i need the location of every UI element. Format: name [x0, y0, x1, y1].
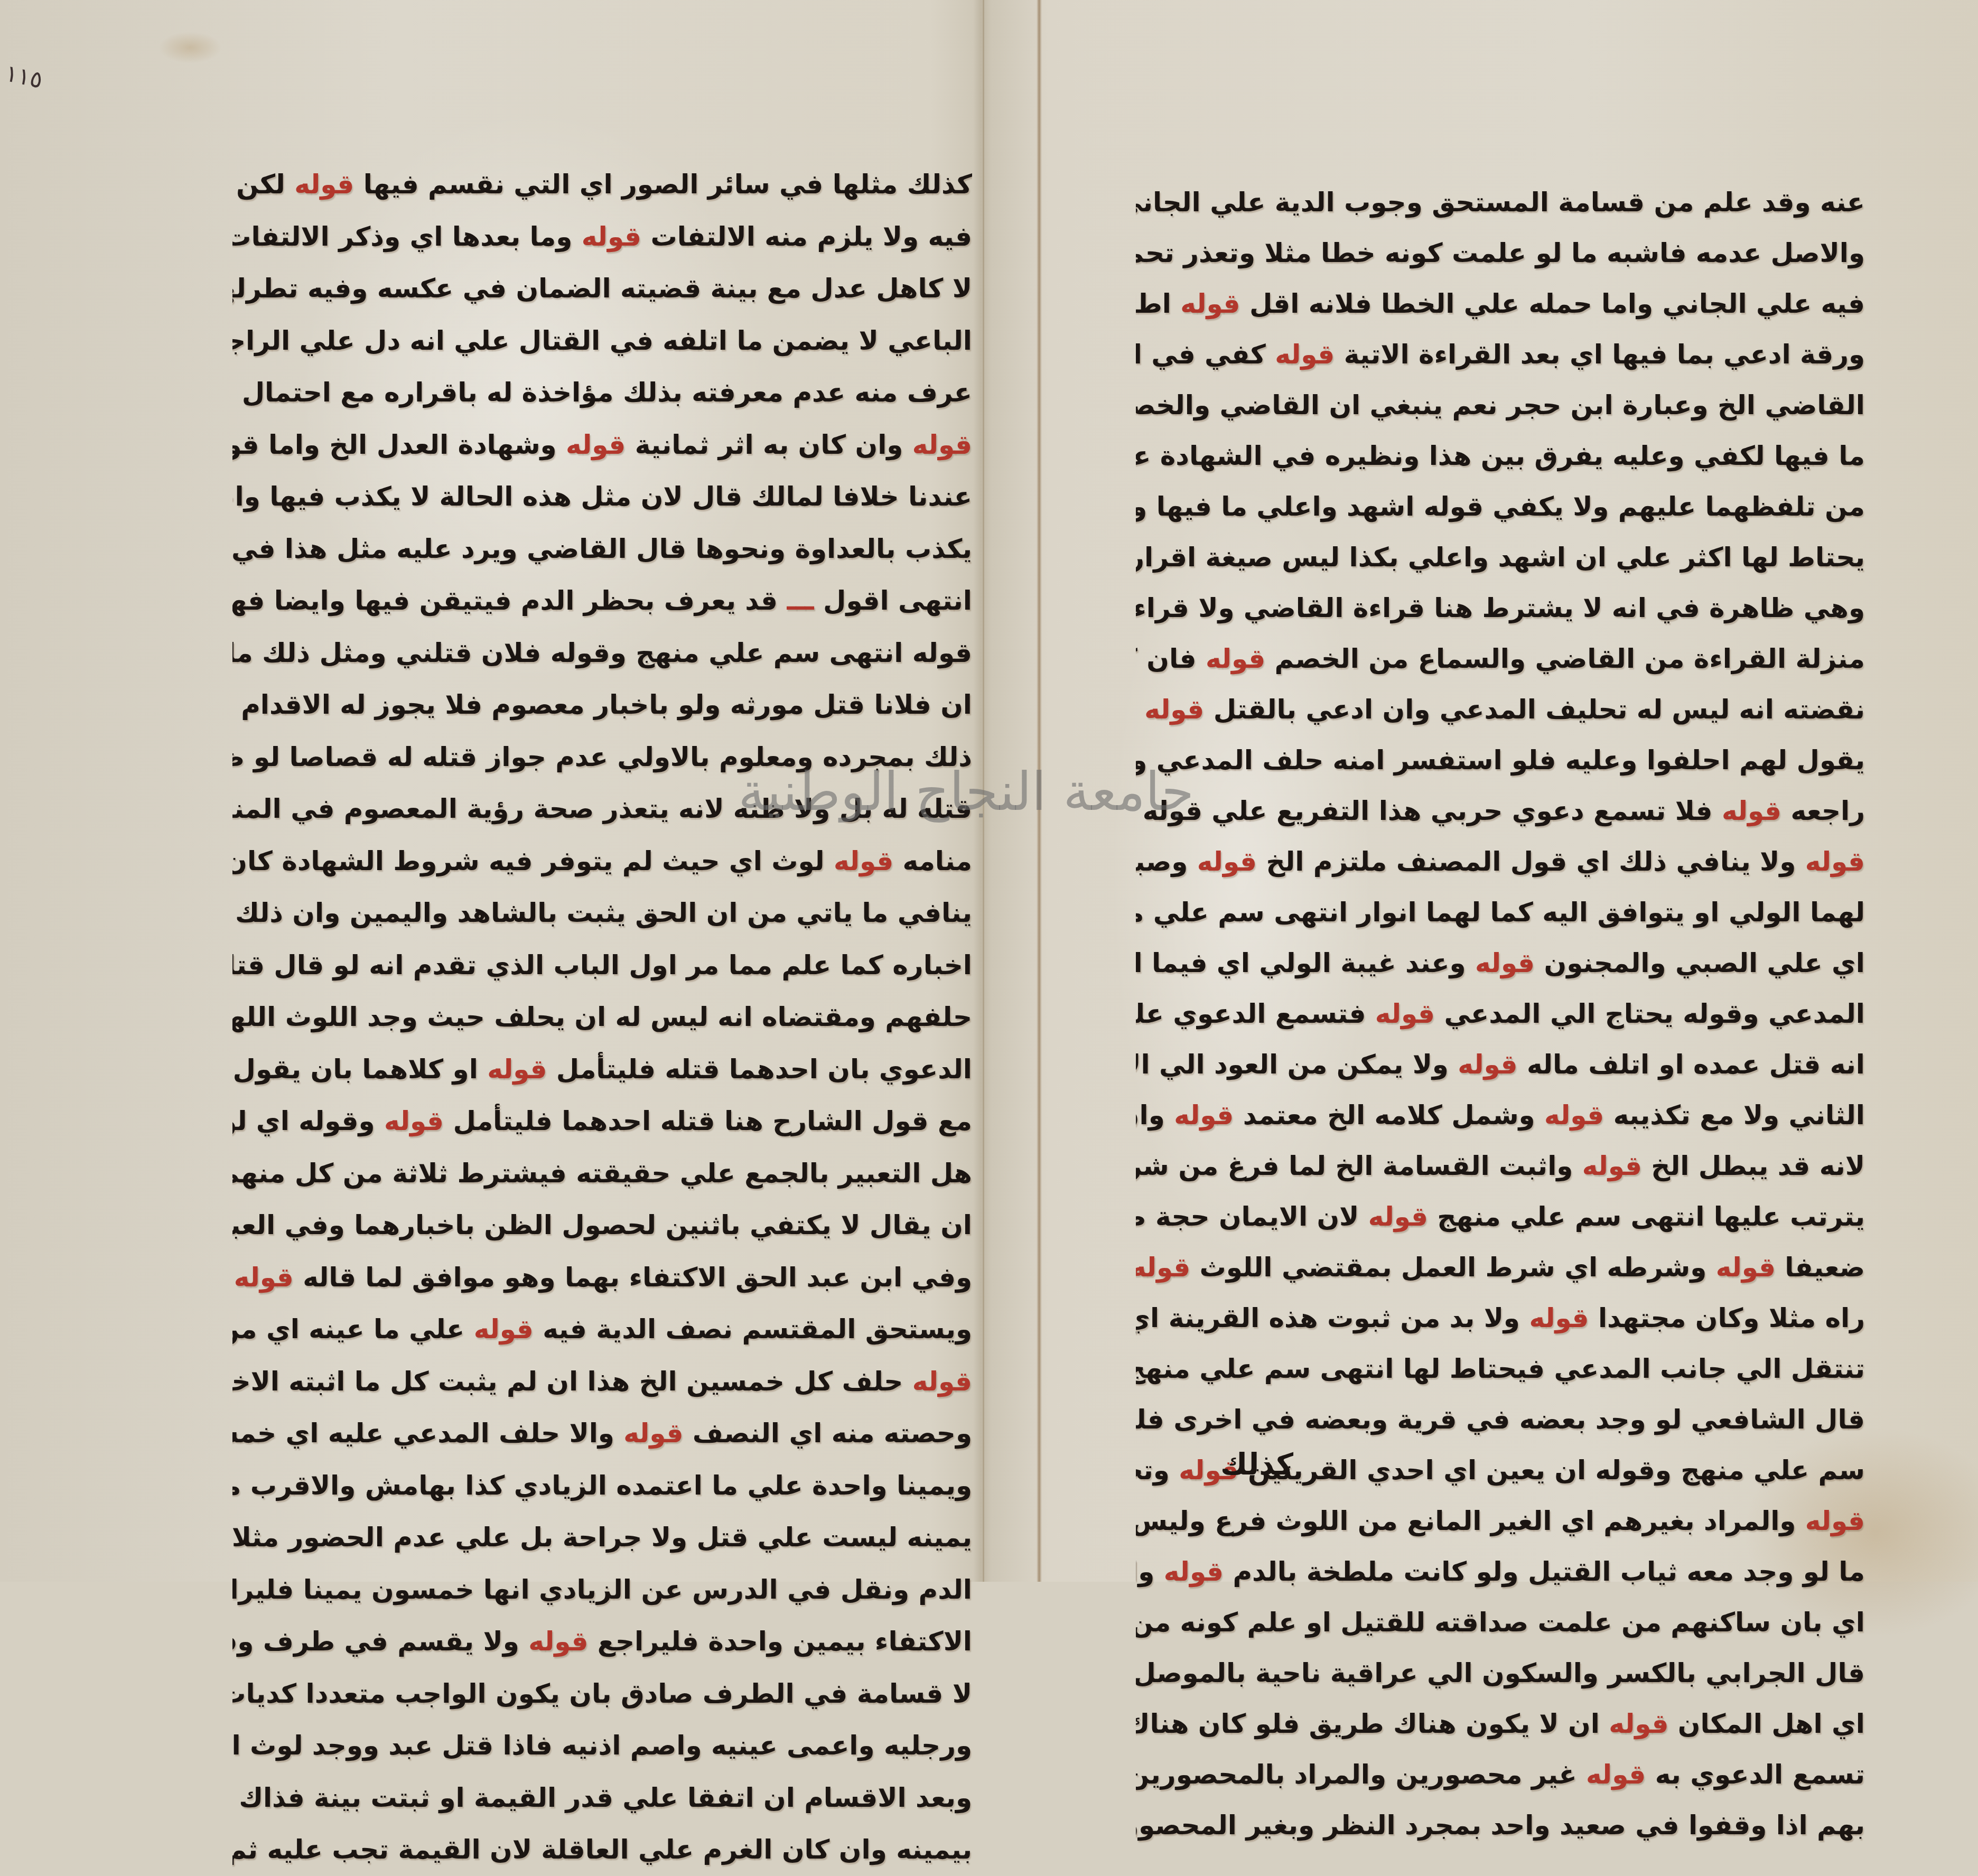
rubric-word: قوله [474, 1314, 534, 1345]
line-text: نقضته انه ليس له تحليف المدعي وان ادعي ب… [1204, 694, 1865, 725]
line-text: اي بامر تحليفهم اي بان [1136, 694, 1144, 725]
text-line: لا كاهل عدل مع بينة قضيته الضمان في عكسه… [232, 263, 972, 315]
text-line: يقول لهم احلفوا وعليه فلو استفسر امنه حل… [1136, 735, 1865, 786]
text-line: وهي ظاهرة في انه لا يشترط هنا قراءة القا… [1136, 583, 1865, 633]
rubric-word: قوله [1475, 948, 1535, 978]
text-line: ما فيها لكفي وعليه يفرق بين هذا ونظيره ف… [1136, 431, 1865, 481]
text-line: نقضته انه ليس له تحليف المدعي وان ادعي ب… [1136, 684, 1865, 735]
rubric-word: قوله [1529, 1303, 1589, 1333]
text-line: اخباره كما علم مما مر اول الباب الذي تقد… [232, 939, 972, 992]
line-text: وعند غيبة الولي اي فيما اذا كانت ثم بينة… [1136, 948, 1475, 978]
line-text: فان كان سمعت وحلفهم [1136, 643, 1206, 674]
text-line: الثاني ولا مع تكذيبه قوله وشمل كلامه الخ… [1136, 1090, 1865, 1141]
line-text: تنتقل الي جانب المدعي فيحتاط لها انتهى س… [1136, 1354, 1865, 1384]
rubric-word: قوله [1722, 796, 1781, 826]
line-text: حلفهم ومقتضاه انه ليس له ان يحلف حيث وجد… [232, 1002, 972, 1032]
text-line: ضعيفا قوله وشرطه اي شرط العمل بمقتضي الل… [1136, 1242, 1865, 1293]
line-text: او كلاهما بان يقول قتله هذان لكنه مشكل [232, 1054, 487, 1085]
rubric-word: قوله [487, 1054, 547, 1085]
line-text: ولا يمكن من العود الي الاولي اي لا مع تص… [1136, 1049, 1458, 1080]
text-line: قوله والمراد بغيرهم اي الغير المانع من ا… [1136, 1496, 1865, 1546]
rubric-word: قوله [1805, 846, 1865, 877]
text-line: عندنا خلافا لمالك قال لان مثل هذه الحالة… [232, 471, 972, 523]
rubric-word: قوله [912, 1366, 972, 1397]
line-text: عندنا خلافا لمالك قال لان مثل هذه الحالة… [232, 481, 972, 512]
rubric-word: قوله [582, 221, 641, 252]
line-text: ما لو وجد معه ثياب القتيل ولو كانت ملطخة… [1224, 1556, 1865, 1582]
line-text: فيه ولا يلزم منه الالتفات [641, 221, 972, 252]
line-text: المدعي وقوله يحتاج الي المدعي [1435, 998, 1865, 1029]
line-text: فلا تسمع دعوي حربي هذا التفريع علي قوله … [1136, 796, 1722, 826]
line-text: ان يقال لا يكتفي باثنين لحصول الظن باخبا… [232, 1210, 972, 1240]
line-text: عنه وقد علم من قسامة المستحق وجوب الدية … [1136, 187, 1865, 218]
line-text: ضعيفا [1776, 1252, 1865, 1283]
line-text: وصبي ومجنون اي بل يدعي [1136, 846, 1197, 877]
line-text: والا حلف المدعي عليه اي خمسين يمينا علي … [232, 1418, 623, 1449]
text-line: ورقة ادعي بما فيها اي بعد القراءة الاتية… [1136, 329, 1865, 380]
text-line: انه قتل عمده او اتلف ماله قوله ولا يمكن … [1136, 1039, 1865, 1090]
text-line: اي علي الصبي والمجنون قوله وعند غيبة الو… [1136, 938, 1865, 988]
rubric-word: قوله [1458, 1049, 1517, 1080]
rubric-word: قوله [1197, 846, 1257, 877]
line-text: من تلفظهما عليهم ولا يكفي قوله اشهد واعل… [1136, 491, 1865, 522]
manuscript-spread: ١١٥ كذلك مثلها في سائر الصور اي التي نقس… [0, 0, 1978, 1582]
line-text: انتهى اقول [814, 585, 972, 616]
text-line: كذلك مثلها في سائر الصور اي التي نقسم في… [232, 158, 972, 211]
line-text: هل التعبير بالجمع علي حقيقته فيشترط ثلاث… [232, 1158, 972, 1189]
text-line: المدعي وقوله يحتاج الي المدعي قوله فتسمع… [1136, 988, 1865, 1039]
line-text: راجعه [1781, 796, 1865, 826]
line-text: لان الايمان حجة ضعيفة اي وهو سبب لهما فك… [1136, 1201, 1368, 1232]
text-line: يكذب بالعداوة ونحوها قال القاضي ويرد علي… [232, 523, 972, 575]
rubric-word: قوله [1544, 1100, 1604, 1131]
text-line: فيه علي الجاني واما حمله علي الخطا فلانه… [1136, 278, 1865, 329]
text-line: ان فلانا قتل مورثه ولو باخبار معصوم فلا … [232, 679, 972, 731]
text-line: وحصته منه اي النصف قوله والا حلف المدعي … [232, 1407, 972, 1460]
text-line: من تلفظهما عليهم ولا يكفي قوله اشهد واعل… [1136, 481, 1865, 532]
text-line: منزلة القراءة من القاضي والسماع من الخصم… [1136, 633, 1865, 684]
right-page: عنه وقد علم من قسامة المستحق وجوب الدية … [1136, 177, 1865, 1582]
text-line: عنه وقد علم من قسامة المستحق وجوب الدية … [1136, 177, 1865, 228]
text-line: ما لو وجد معه ثياب القتيل ولو كانت ملطخة… [1136, 1546, 1865, 1582]
line-text: وان كان به اثر ثمانية [626, 430, 912, 460]
rubric-word: قوله [1582, 1151, 1642, 1181]
rubric-word: قوله [1164, 1556, 1224, 1582]
line-text: لكن يتكلف اي كان يقال المراد لنفي تشرعهم [232, 169, 294, 200]
text-line: فيه ولا يلزم منه الالتفات قوله وما بعدها… [232, 211, 972, 263]
rubric-word: ـــ [787, 585, 814, 616]
rubric-word: قوله [566, 430, 626, 460]
rubric-word: قوله [1716, 1252, 1776, 1283]
rubric-word: قوله [623, 1418, 683, 1449]
line-text: الثاني ولا مع تكذيبه [1604, 1100, 1865, 1131]
text-line: يترتب عليها انتهى سم علي منهج قوله لان ا… [1136, 1191, 1865, 1242]
text-line: والاصل عدمه فاشبه ما لو علمت كونه خطا مث… [1136, 228, 1865, 278]
text-line: راجعه قوله فلا تسمع دعوي حربي هذا التفري… [1136, 786, 1865, 836]
rubric-word: قوله [234, 1262, 294, 1293]
line-text: ينافي ما ياتي من ان الحق يثبت بالشاهد وا… [232, 898, 972, 928]
line-text: يمينه ليست علي قتل ولا جراحة بل علي عدم … [232, 1522, 972, 1553]
line-text: ما فيها لكفي وعليه يفرق بين هذا ونظيره ف… [1136, 441, 1865, 471]
left-page: كذلك مثلها في سائر الصور اي التي نقسم في… [232, 158, 972, 1582]
line-text: عرف منه عدم معرفته بذلك مؤاخذة له باقرار… [232, 377, 972, 408]
text-line: يمينه ليست علي قتل ولا جراحة بل علي عدم … [232, 1511, 972, 1564]
line-text: لوث اي حيث لم يتوفر فيه شروط الشهادة كان… [232, 846, 834, 876]
text-line: الباعي لا يضمن ما اتلفه في القتال علي ان… [232, 315, 972, 367]
line-text: فتسمع الدعوي عليه اي بالمال كان ادعي [1136, 998, 1375, 1029]
line-text: ويمينا واحدة علي ما اعتمده الزيادي كذا ب… [232, 1470, 972, 1501]
line-text: سم علي منهج وقوله ان يعين اي احدي القريت… [1238, 1455, 1865, 1486]
rubric-word: قوله [912, 430, 972, 460]
line-text: وحصته منه اي النصف [683, 1418, 972, 1449]
line-text: وقوله اي لوث [232, 1106, 384, 1136]
line-text: ان فلانا قتل مورثه ولو باخبار معصوم فلا … [232, 689, 972, 720]
line-text: وشمل كلامه الخ معتمد [1234, 1100, 1544, 1131]
line-text: لانه قد يبطل الخ [1642, 1151, 1865, 1181]
line-text: راه مثلا وكان مجتهدا [1589, 1303, 1865, 1333]
rubric-word: قوله [384, 1106, 444, 1136]
line-text: اطلقه اي المدعي [1136, 288, 1180, 319]
line-text: يكذب بالعداوة ونحوها قال القاضي ويرد علي… [232, 534, 972, 564]
line-text: يحتاط لها اكثر علي ان اشهد واعلي بكذا لي… [1136, 542, 1865, 573]
catchword: كذلك [1220, 1448, 1293, 1482]
line-text: والاصل عدمه فاشبه ما لو علمت كونه خطا مث… [1136, 238, 1865, 268]
line-text: حلف كل خمسين الخ هذا ان لم يثبت كل ما اث… [232, 1366, 912, 1397]
text-line: ينافي ما ياتي من ان الحق يثبت بالشاهد وا… [232, 887, 972, 939]
line-text: فيه علي الجاني واما حمله علي الخطا فلانه… [1240, 288, 1865, 319]
text-line: قوله ولا ينافي ذلك اي قول المصنف ملتزم ا… [1136, 836, 1865, 887]
line-text: الباعي لا يضمن ما اتلفه في القتال علي ان… [232, 325, 972, 356]
line-text: مع قول الشارح هنا قتله احدهما فليتأمل [444, 1106, 972, 1136]
line-text: انه قتل عمده او اتلف ماله [1518, 1049, 1865, 1080]
line-text: منامه [893, 846, 972, 876]
line-text: وشرطه اي شرط العمل بمقتضي اللوث [1190, 1252, 1716, 1283]
text-line: ويستحق المقتسم نصف الدية فيه قوله علي ما… [232, 1303, 972, 1356]
text-line: قوله انتهى سم علي منهج وقوله فلان قتلني … [232, 627, 972, 679]
line-text: والمراد بغيرهم اي الغير المانع من اللوث … [1136, 1506, 1805, 1536]
line-text: لا كاهل عدل مع بينة قضيته الضمان في عكسه… [232, 273, 972, 304]
line-text: ولا بد من ثبوت هذه القرينة اي لان اليمين… [1136, 1303, 1529, 1333]
line-text: ورقة ادعي بما فيها اي بعد القراءة الاتية [1335, 339, 1865, 370]
line-text: قال الشافعي لو وجد بعضه في قرية وبعضه في… [1136, 1404, 1865, 1435]
text-line: لهما الولي او يتوافق اليه كما لهما انوار… [1136, 887, 1865, 938]
line-text: وفي ابن عبد الحق الاكتفاء بهما وهو موافق… [294, 1262, 972, 1293]
line-text: وشهادة العدل الخ واما قوله فلان قتلني فل… [232, 430, 566, 460]
line-text: وهي ظاهرة في انه لا يشترط هنا قراءة القا… [1136, 593, 1865, 623]
line-text: اخباره كما علم مما مر اول الباب الذي تقد… [232, 950, 972, 981]
text-line: انتهى اقول ـــ قد يعرف بحظر الدم فيتيقن … [232, 575, 972, 627]
text-line: حلفهم ومقتضاه انه ليس له ان يحلف حيث وجد… [232, 991, 972, 1043]
rubric-word: قوله [1180, 288, 1240, 319]
text-line: هل التعبير بالجمع علي حقيقته فيشترط ثلاث… [232, 1147, 972, 1200]
rubric-word: قوله [294, 169, 354, 200]
line-text: قوله انتهى سم علي منهج وقوله فلان قتلني … [232, 638, 972, 668]
text-line: الدعوي بان احدهما قتله فليتأمل قوله او ك… [232, 1043, 972, 1096]
line-text: اي علي الصبي والمجنون [1535, 948, 1865, 978]
text-line: قوله حلف كل خمسين الخ هذا ان لم يثبت كل … [232, 1356, 972, 1408]
line-text: وما بعدها اي وذكر الالتفات في الشرح تصوي… [232, 221, 582, 252]
rubric-word: قوله [1375, 998, 1435, 1029]
line-text: والا فاللوث موجود [1136, 1556, 1164, 1582]
text-line: قال الشافعي لو وجد بعضه في قرية وبعضه في… [1136, 1394, 1865, 1445]
text-line: الدم ونقل في الدرس عن الزيادي انها خمسون… [232, 1564, 972, 1582]
text-line: راه مثلا وكان مجتهدا قوله ولا بد من ثبوت… [1136, 1293, 1865, 1343]
rubric-word: قوله [1174, 1100, 1234, 1131]
text-line: عرف منه عدم معرفته بذلك مؤاخذة له باقرار… [232, 367, 972, 419]
line-text: كذلك مثلها في سائر الصور اي التي نقسم في… [354, 169, 972, 200]
text-line: ان يقال لا يكتفي باثنين لحصول الظن باخبا… [232, 1199, 972, 1252]
line-text: علي ما عينه اي من عمد او خطا او شبه عمد [232, 1314, 474, 1345]
text-line: منامه قوله لوث اي حيث لم يتوفر فيه شروط … [232, 835, 972, 888]
rubric-word: قوله [834, 846, 893, 876]
text-line: قوله وان كان به اثر ثمانية قوله وشهادة ا… [232, 419, 972, 471]
line-text: ويستحق المقتسم نصف الدية فيه [534, 1314, 972, 1345]
rubric-word: قوله [1206, 643, 1265, 674]
paper-stain [158, 32, 222, 63]
rubric-word: قوله [1805, 1506, 1865, 1536]
library-watermark: جامعة النجاح الوطنية [824, 761, 1194, 823]
line-text: وتحقق موته فيه في البعض [1136, 1455, 1179, 1486]
rubric-word: قوله [1368, 1201, 1428, 1232]
text-line: القاضي الخ وعبارة ابن حجر نعم ينبغي ان ا… [1136, 380, 1865, 431]
line-text: لهما الولي او يتوافق اليه كما لهما انوار… [1136, 897, 1865, 928]
text-line: ويمينا واحدة علي ما اعتمده الزيادي كذا ب… [232, 1460, 972, 1512]
line-text: واثبت القسامة الخ لما فرغ من شروط الدعوي… [1136, 1151, 1582, 1181]
line-text: يترتب عليها انتهى سم علي منهج [1428, 1201, 1865, 1232]
text-line: تنتقل الي جانب المدعي فيحتاط لها انتهى س… [1136, 1343, 1865, 1394]
line-text: يقول لهم احلفوا وعليه فلو استفسر امنه حل… [1136, 745, 1865, 776]
rubric-word: قوله [1136, 1252, 1190, 1283]
line-text: القاضي الخ وعبارة ابن حجر نعم ينبغي ان ا… [1136, 390, 1865, 421]
text-line: مع قول الشارح هنا قتله احدهما فليتأمل قو… [232, 1095, 972, 1147]
folio-number: ١١٥ [3, 60, 45, 94]
rubric-word: قوله [1144, 694, 1204, 725]
line-text: الدعوي بان احدهما قتله فليتأمل [547, 1054, 972, 1085]
line-text: كفي في احد الوجهين اذا قراها [1136, 339, 1275, 370]
line-text: منزلة القراءة من القاضي والسماع من الخصم [1265, 643, 1865, 674]
line-text: ولا ينافي ذلك اي قول المصنف ملتزم الخ [1257, 846, 1805, 877]
line-text: وان اقتضت العلة وهي قوله [1136, 1100, 1174, 1131]
line-text: الدم ونقل في الدرس عن الزيادي انها خمسون… [232, 1574, 972, 1582]
rubric-word: قوله [1275, 339, 1335, 370]
line-text: قد يعرف بحظر الدم فيتيقن فيها وايضا فهو … [232, 585, 787, 616]
text-line: يحتاط لها اكثر علي ان اشهد واعلي بكذا لي… [1136, 532, 1865, 583]
text-line: لانه قد يبطل الخ قوله واثبت القسامة الخ … [1136, 1141, 1865, 1191]
text-line: وفي ابن عبد الحق الاكتفاء بهما وهو موافق… [232, 1252, 972, 1304]
